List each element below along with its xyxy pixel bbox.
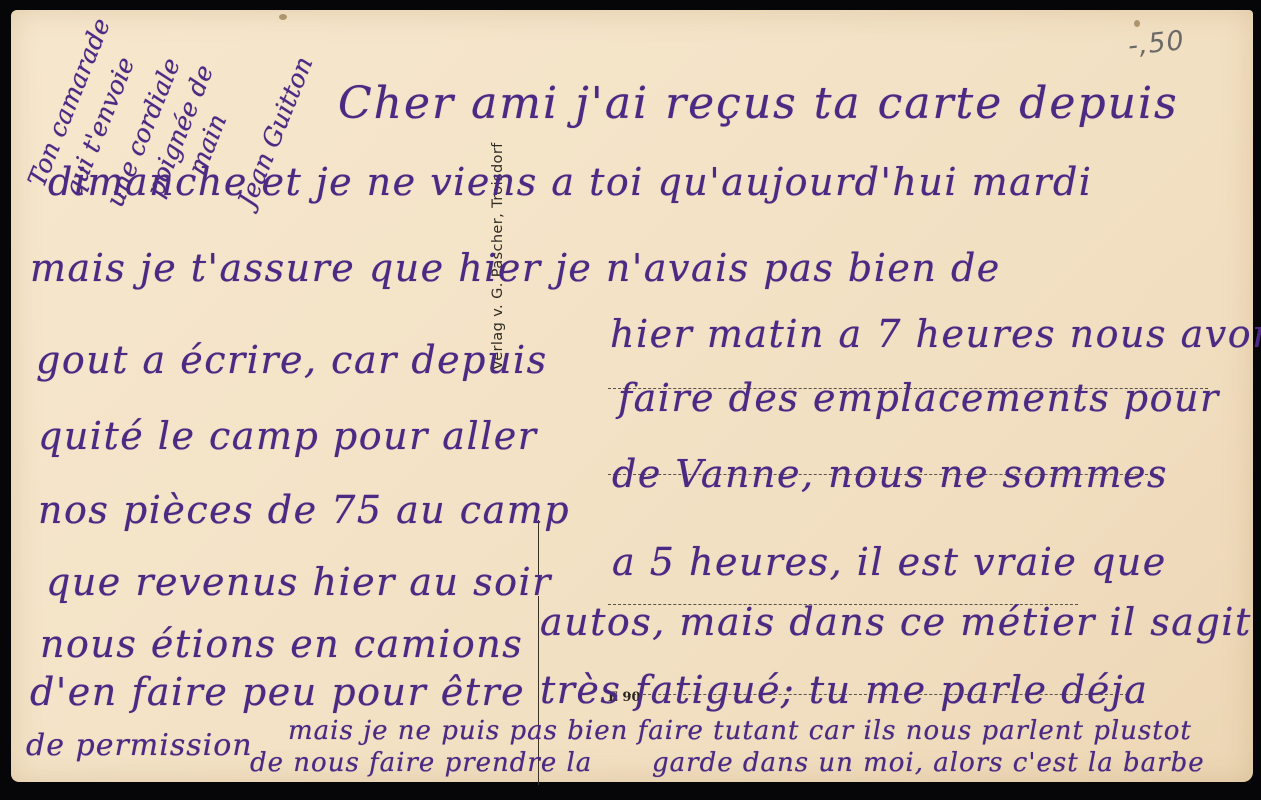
letter-line: hier matin a 7 heures nous avons [610, 312, 1261, 356]
letter-line: nos pièces de 75 au camp [38, 488, 570, 532]
letter-line: faire des emplacements pour [618, 376, 1220, 420]
letter-line: de nous faire prendre la [250, 748, 592, 778]
letter-line: mais je t'assure que hier je n'avais pas… [30, 246, 1001, 290]
letter-line: d'en faire peu pour être [30, 670, 525, 714]
letter-line: dimanche et je ne viens a toi qu'aujourd… [48, 160, 1092, 204]
letter-line: a 5 heures, il est vraie que [612, 540, 1167, 584]
letter-line: de Vanne, nous ne sommes [612, 452, 1168, 496]
price-mark: -,50 [1127, 25, 1187, 62]
letter-line: que revenus hier au soir [46, 560, 552, 604]
letter-line: quité le camp pour aller [38, 414, 537, 458]
letter-line: nous étions en camions [40, 622, 523, 666]
ink-stain [1134, 20, 1140, 27]
letter-line: gout a écrire, car depuis [36, 338, 548, 382]
ink-stain [279, 14, 287, 20]
letter-line: Cher ami j'ai reçus ta carte depuis [338, 78, 1179, 129]
letter-line: garde dans un moi, alors c'est la barbe [652, 748, 1205, 778]
letter-line: mais je ne puis pas bien faire tutant ca… [288, 716, 1192, 746]
letter-line: autos, mais dans ce métier il sagit [540, 600, 1252, 644]
letter-line: très fatigué; tu me parle déja [540, 668, 1148, 712]
letter-line: de permission [26, 728, 253, 763]
